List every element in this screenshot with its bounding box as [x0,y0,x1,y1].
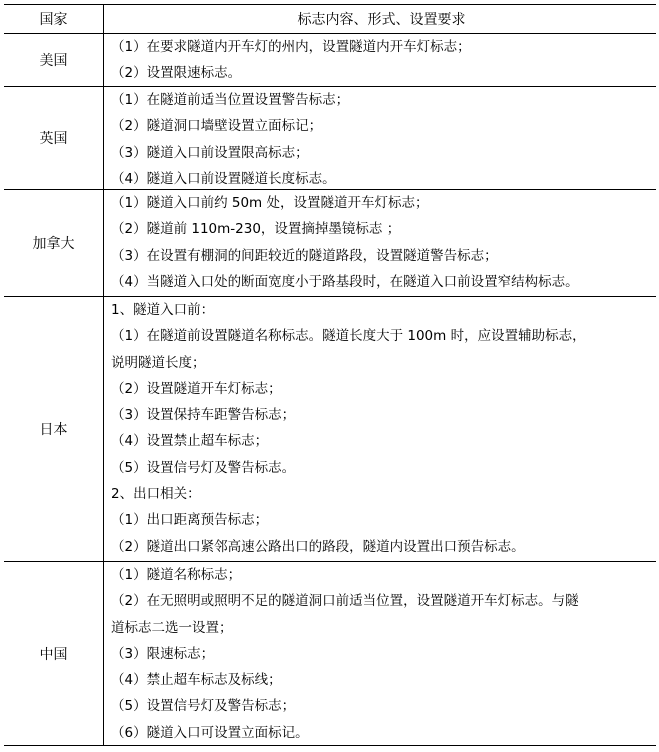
content-line: （2）隧道前 110m-230，设置摘掉墨镜标志 ； [111,216,652,242]
content-line: （1）在要求隧道内开车灯的州内，设置隧道内开车灯标志； [111,34,652,60]
country-cell: 中国 [4,562,104,745]
content-cell: （1）在要求隧道内开车灯的州内，设置隧道内开车灯标志； （2）设置限速标志。 [104,34,656,86]
content-cell: （1）在隧道前适当位置设置警告标志； （2）隧道洞口墙壁设置立面标记； （3）隧… [104,87,656,189]
section-heading: 2、出口相关： [111,481,652,507]
content-line: （1）隧道入口前约 50m 处，设置隧道开车灯标志； [111,190,652,216]
content-line: （1）出口距离预告标志； [111,507,652,533]
content-line: （1）在隧道前设置隧道名称标志。隧道长度大于 100m 时，应设置辅助标志， [111,323,652,349]
content-line: （5）设置信号灯及警告标志。 [111,455,652,481]
section-heading: 1、隧道入口前： [111,297,652,323]
content-cell: （1）隧道名称标志； （2）在无照明或照明不足的隧道洞口前适当位置，设置隧道开车… [104,562,656,745]
table-row-uk: 英国 （1）在隧道前适当位置设置警告标志； （2）隧道洞口墙壁设置立面标记； （… [4,86,656,189]
content-line: 道标志二选一设置； [111,615,652,641]
tunnel-sign-comparison-table: 国家 标志内容、形式、设置要求 美国 （1）在要求隧道内开车灯的州内，设置隧道内… [4,4,656,746]
header-content: 标志内容、形式、设置要求 [104,5,656,33]
content-line: （4）隧道入口前设置隧道长度标志。 [111,166,652,192]
content-line: （6）隧道入口可设置立面标记。 [111,720,652,746]
country-cell: 美国 [4,34,104,86]
content-line: （4）禁止超车标志及标线； [111,667,652,693]
content-cell: 1、隧道入口前： （1）在隧道前设置隧道名称标志。隧道长度大于 100m 时，应… [104,297,656,561]
content-line: （2）在无照明或照明不足的隧道洞口前适当位置，设置隧道开车灯标志。与隧 [111,588,652,614]
content-cell: （1）隧道入口前约 50m 处，设置隧道开车灯标志； （2）隧道前 110m-2… [104,190,656,296]
table-row-usa: 美国 （1）在要求隧道内开车灯的州内，设置隧道内开车灯标志； （2）设置限速标志… [4,33,656,86]
content-line: （4）当隧道入口处的断面宽度小于路基段时，在隧道入口前设置窄结构标志。 [111,269,652,295]
country-cell: 日本 [4,297,104,561]
content-line: （5）设置信号灯及警告标志； [111,693,652,719]
table-row-canada: 加拿大 （1）隧道入口前约 50m 处，设置隧道开车灯标志； （2）隧道前 11… [4,189,656,296]
content-line: （2）隧道洞口墙壁设置立面标记； [111,113,652,139]
country-cell: 加拿大 [4,190,104,296]
content-line: （3）在设置有棚洞的间距较近的隧道路段，设置隧道警告标志； [111,243,652,269]
content-line: （2）设置隧道开车灯标志； [111,376,652,402]
content-line: （3）限速标志； [111,641,652,667]
header-country: 国家 [4,5,104,33]
content-line: （3）设置保持车距警告标志； [111,402,652,428]
content-line: （1）在隧道前适当位置设置警告标志； [111,87,652,113]
table-header-row: 国家 标志内容、形式、设置要求 [4,5,656,33]
table-row-japan: 日本 1、隧道入口前： （1）在隧道前设置隧道名称标志。隧道长度大于 100m … [4,296,656,561]
content-line: （4）设置禁止超车标志； [111,428,652,454]
content-line: （1）隧道名称标志； [111,562,652,588]
content-line: （3）隧道入口前设置限高标志； [111,140,652,166]
content-line: （2）隧道出口紧邻高速公路出口的路段，隧道内设置出口预告标志。 [111,534,652,560]
country-cell: 英国 [4,87,104,189]
content-line: （2）设置限速标志。 [111,60,652,86]
table-row-china: 中国 （1）隧道名称标志； （2）在无照明或照明不足的隧道洞口前适当位置，设置隧… [4,561,656,745]
content-line: 说明隧道长度； [111,350,652,376]
